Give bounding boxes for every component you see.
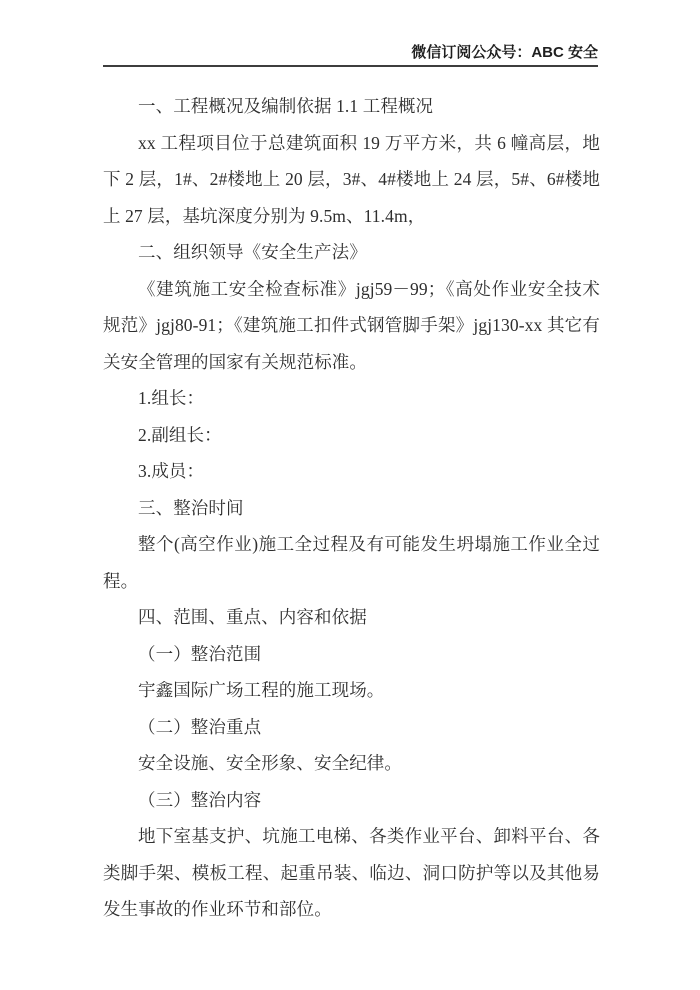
paragraph-deputy-leader: 2.副组长： — [103, 417, 600, 454]
paragraph-section-3-heading: 三、整治时间 — [103, 490, 600, 527]
paragraph-scope-heading: （一）整治范围 — [103, 636, 600, 673]
page-header: 微信订阅公众号：ABC 安全 — [103, 44, 598, 67]
paragraph-content-detail: 地下室基支护、坑施工电梯、各类作业平台、卸料平台、各类脚手架、模板工程、起重吊装… — [103, 818, 600, 928]
paragraph-section-1-heading: 一、工程概况及编制依据 1.1 工程概况 — [103, 88, 600, 125]
paragraph-project-overview: xx 工程项目位于总建筑面积 19 万平方米，共 6 幢高层，地下 2 层，1#… — [103, 125, 600, 235]
document-page: 微信订阅公众号：ABC 安全 一、工程概况及编制依据 1.1 工程概况 xx 工… — [0, 0, 700, 990]
paragraph-section-2-heading: 二、组织领导《安全生产法》 — [103, 234, 600, 271]
header-text: 微信订阅公众号：ABC 安全 — [411, 44, 598, 61]
paragraph-focus-content: 安全设施、安全形象、安全纪律。 — [103, 745, 600, 782]
document-body: 一、工程概况及编制依据 1.1 工程概况 xx 工程项目位于总建筑面积 19 万… — [103, 88, 600, 928]
paragraph-focus-heading: （二）整治重点 — [103, 709, 600, 746]
paragraph-rectification-time: 整个(高空作业)施工全过程及有可能发生坍塌施工作业全过程。 — [103, 526, 600, 599]
paragraph-scope-content: 宇鑫国际广场工程的施工现场。 — [103, 672, 600, 709]
paragraph-content-heading: （三）整治内容 — [103, 782, 600, 819]
paragraph-leader: 1.组长： — [103, 380, 600, 417]
paragraph-standards: 《建筑施工安全检查标准》jgj59－99；《高处作业安全技术规范》jgj80-9… — [103, 271, 600, 381]
paragraph-members: 3.成员： — [103, 453, 600, 490]
paragraph-section-4-heading: 四、范围、重点、内容和依据 — [103, 599, 600, 636]
